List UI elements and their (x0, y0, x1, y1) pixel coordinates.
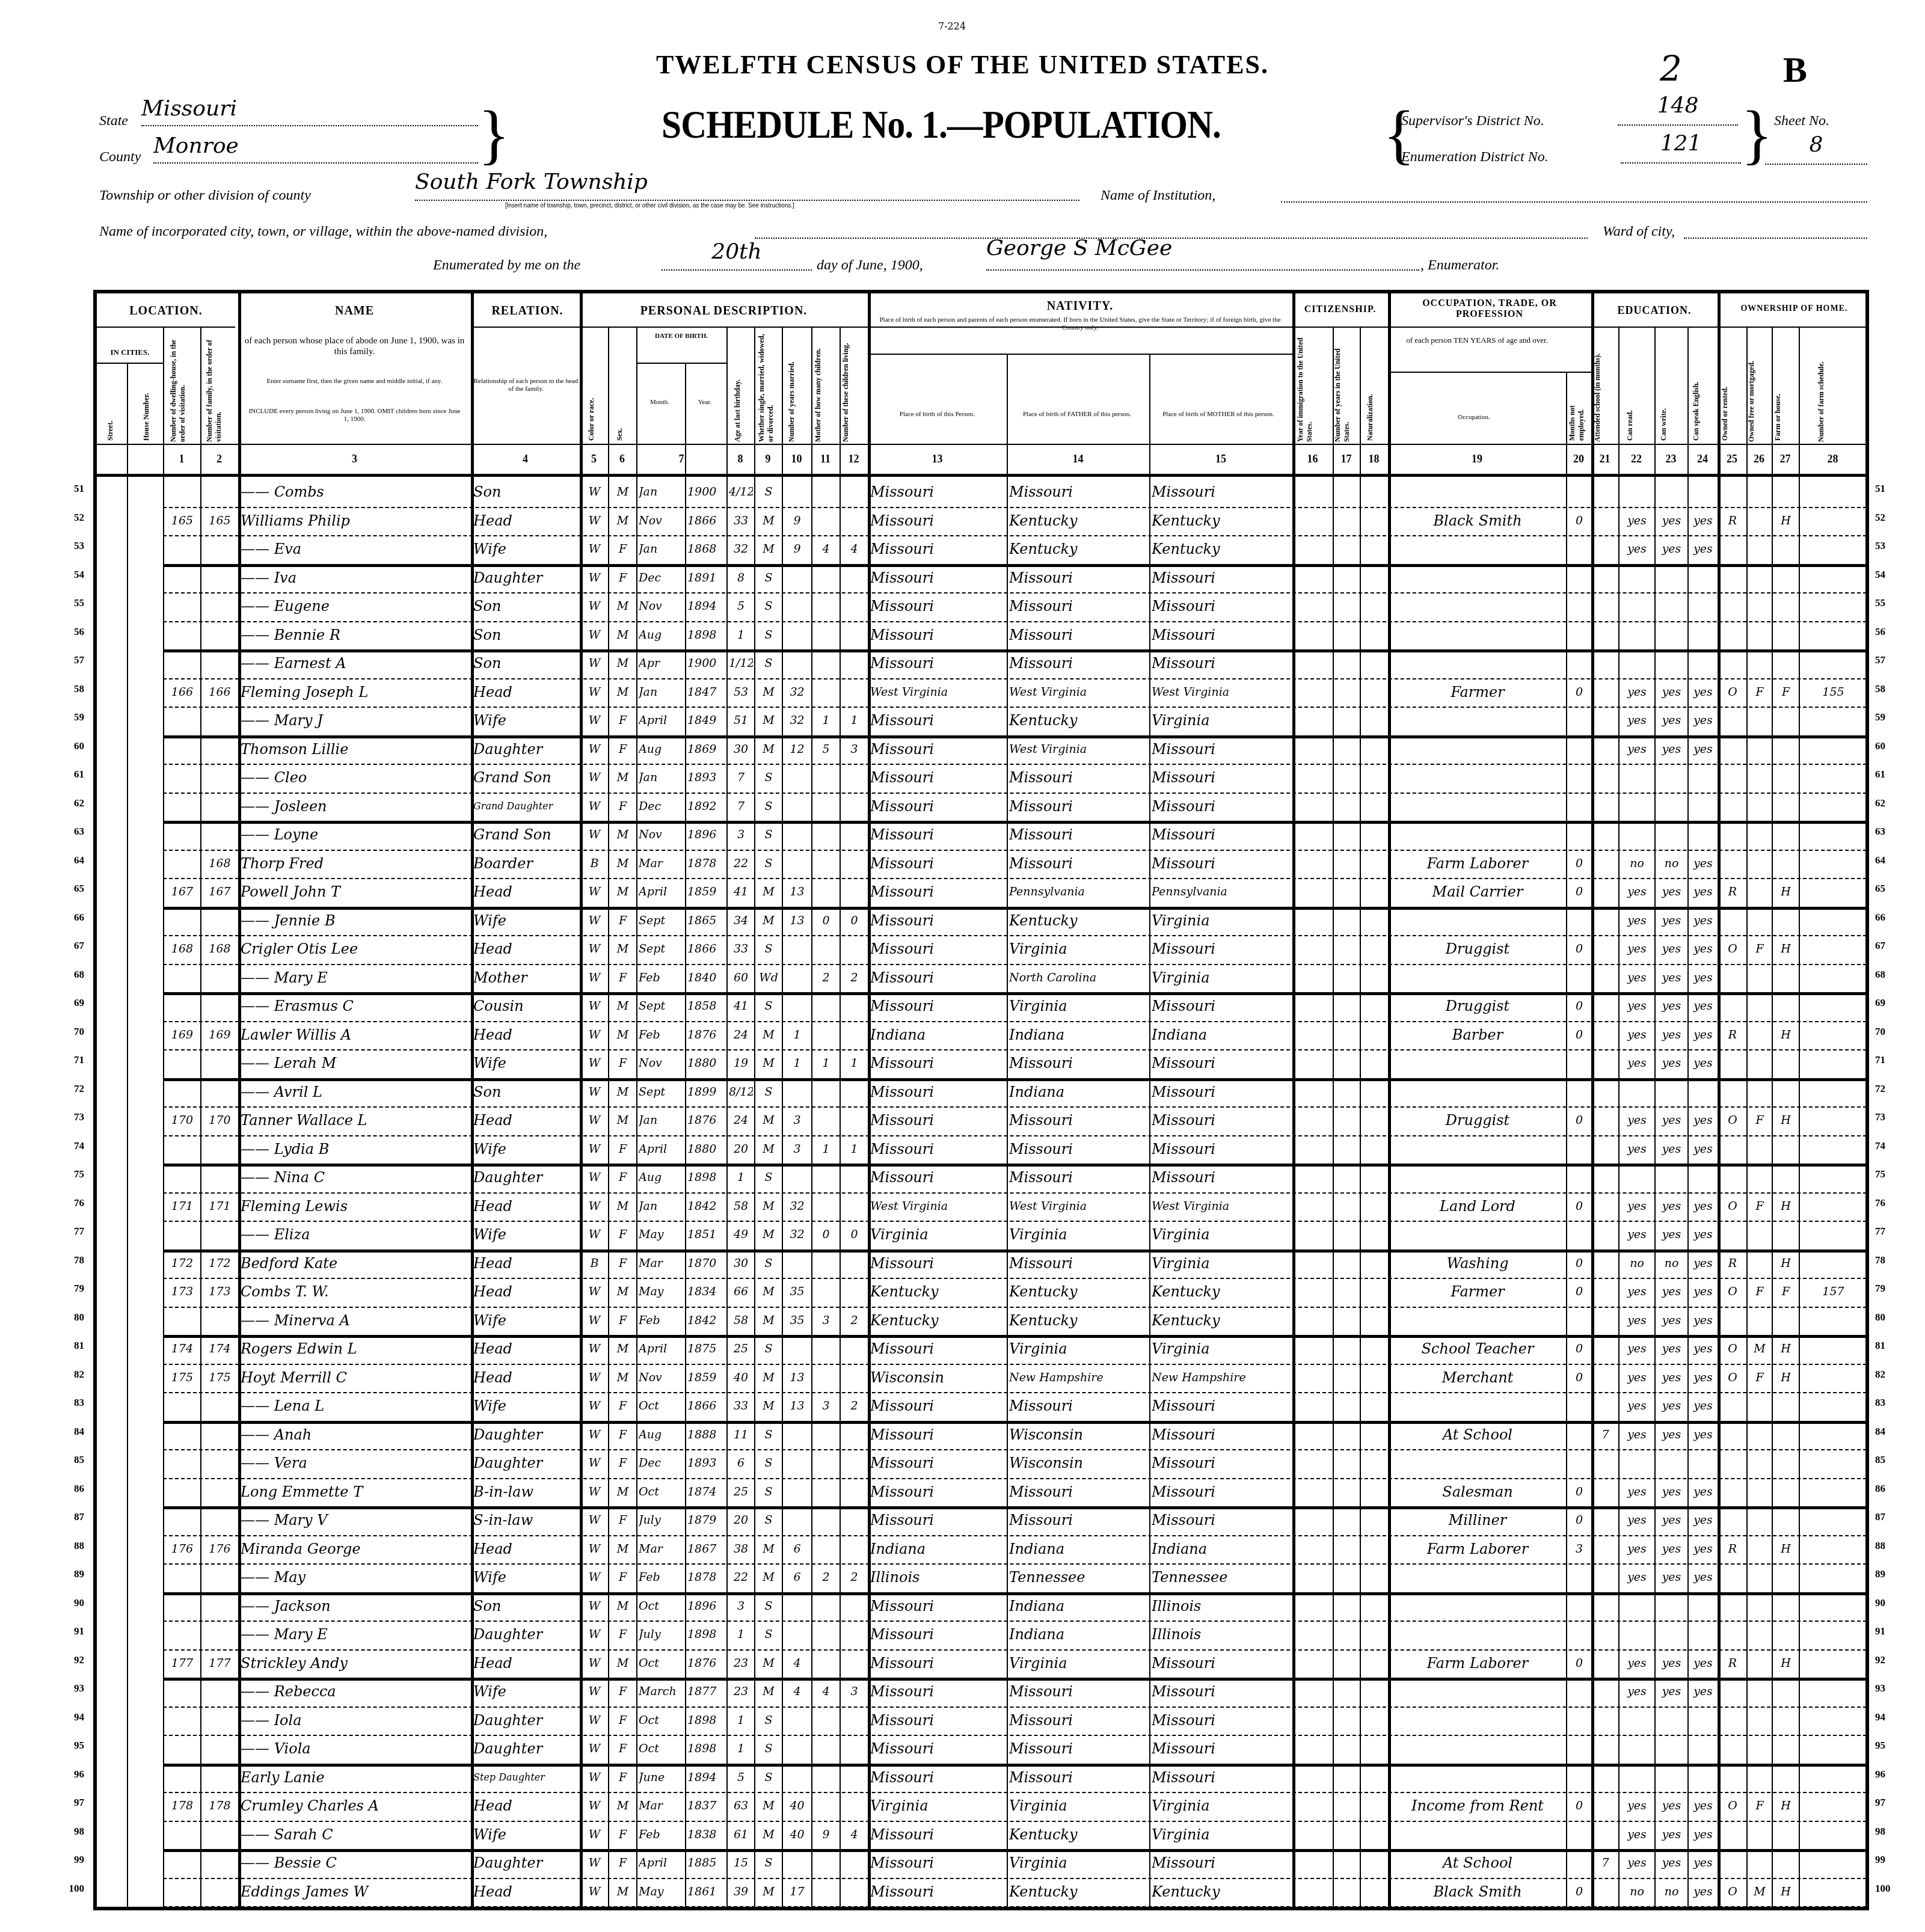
cell-occupation (1390, 907, 1565, 934)
cell-read: yes (1621, 964, 1653, 992)
cell-school (1594, 621, 1617, 649)
cell-yrs-married (784, 1164, 810, 1191)
cell-school (1594, 1792, 1617, 1820)
cell-write (1657, 1078, 1686, 1106)
line-number: 100 (1875, 1883, 1899, 1895)
cell-family: 170 (203, 1106, 237, 1134)
cell-relation: Daughter (473, 1735, 579, 1762)
cell-relation: Wife (473, 1392, 579, 1420)
table-row[interactable]: —— CombsSonWMJan19004/12SMissouriMissour… (97, 478, 1867, 507)
cell-year: 1880 (687, 1049, 725, 1077)
cell-father-birth: Kentucky (1009, 1878, 1148, 1906)
cell-school (1594, 1106, 1617, 1134)
children-living-header: Number of these children living. (841, 331, 862, 442)
cell-relation: Head (473, 507, 579, 535)
cell-english: yes (1690, 1135, 1716, 1163)
cell-school (1594, 1621, 1617, 1648)
line-number: 91 (60, 1625, 84, 1637)
cell-free (1749, 1649, 1770, 1677)
cell-mother-of: 1 (814, 1135, 838, 1163)
cell-name: Lawler Willis A (241, 1021, 470, 1049)
cell-dwelling: 176 (165, 1535, 199, 1563)
cell-relation: Son (473, 1592, 579, 1620)
cell-color: W (582, 707, 607, 734)
cell-english: yes (1690, 1049, 1716, 1077)
table-row[interactable]: —— Lerah MWifeWFNov188019M111MissouriMis… (97, 1049, 1867, 1078)
table-row[interactable]: —— Lena LWifeWFOct186633M1332MissouriMis… (97, 1392, 1867, 1421)
table-row[interactable]: —— Nina CDaughterWFAug18981SMissouriMiss… (97, 1164, 1867, 1192)
cell-father-birth: West Virginia (1009, 1192, 1148, 1220)
cell-read: yes (1621, 1563, 1653, 1591)
cell-sex: F (610, 964, 635, 992)
cell-dwelling: 166 (165, 678, 199, 706)
cell-month: Nov (639, 507, 684, 535)
line-number: 86 (1875, 1483, 1899, 1495)
enumerated-suffix: day of June, 1900, (817, 257, 923, 274)
cell-english: yes (1690, 1250, 1716, 1277)
cell-occupation (1390, 1621, 1565, 1648)
column-number: 8 (726, 453, 754, 465)
cell-family (203, 1592, 237, 1620)
table-row[interactable]: —— Mary EDaughterWFJuly18981SMissouriInd… (97, 1621, 1867, 1649)
line-number: 54 (1875, 569, 1899, 581)
line-number: 83 (60, 1397, 84, 1409)
table-row[interactable]: 178178Crumley Charles AHeadWMMar183763M4… (97, 1792, 1867, 1821)
cell-dwelling: 168 (165, 935, 199, 963)
cell-mother-birth: Illinois (1152, 1592, 1291, 1620)
column-number: 9 (754, 453, 782, 465)
cell-owned (1720, 1707, 1745, 1734)
cell-read: yes (1621, 1421, 1653, 1449)
cell-family (203, 564, 237, 592)
enumerator-name-field[interactable]: George S McGee (986, 236, 1419, 271)
table-row[interactable]: —— Bennie RSonWMAug18981SMissouriMissour… (97, 621, 1867, 650)
cell-sex: F (610, 735, 635, 763)
cell-color: W (582, 1192, 607, 1220)
cell-yrs-married: 12 (784, 735, 810, 763)
cell-age: 60 (729, 964, 753, 992)
table-row[interactable]: Thomson LillieDaughterWFAug186930M1253Mi… (97, 735, 1867, 764)
supervisor-district-field[interactable]: 148 (1618, 93, 1738, 126)
cell-write: no (1657, 1250, 1686, 1277)
column-number: 12 (840, 453, 868, 465)
cell-living (842, 1792, 867, 1820)
cell-write: yes (1657, 507, 1686, 535)
cell-sex: M (610, 1649, 635, 1677)
cell-name: Long Emmette T (241, 1478, 470, 1506)
cell-english: yes (1690, 964, 1716, 992)
table-row[interactable]: 168Thorp FredBoarderBMMar187822SMissouri… (97, 850, 1867, 879)
column-number: 11 (811, 453, 840, 465)
cell-sched (1801, 1878, 1865, 1906)
cell-free (1749, 907, 1770, 934)
cell-farm: H (1774, 878, 1798, 906)
cell-english (1690, 621, 1716, 649)
line-number: 60 (1875, 740, 1899, 752)
cell-dwelling (165, 793, 199, 820)
cell-month: Nov (639, 1364, 684, 1391)
line-number: 59 (1875, 711, 1899, 723)
cell-english (1690, 1449, 1716, 1477)
cell-sched (1801, 1678, 1865, 1705)
cell-free: F (1749, 1106, 1770, 1134)
cell-english: yes (1690, 1535, 1716, 1563)
cell-living: 1 (842, 1049, 867, 1077)
cell-sched (1801, 1707, 1865, 1734)
cell-color: W (582, 1049, 607, 1077)
table-row[interactable]: 174174Rogers Edwin LHeadWMApril187525SMi… (97, 1335, 1867, 1364)
column-number: 25 (1718, 453, 1746, 465)
table-row[interactable]: —— MayWifeWFFeb187822M622IllinoisTenness… (97, 1563, 1867, 1592)
cell-relation: Head (473, 935, 579, 963)
cell-write (1657, 1764, 1686, 1791)
table-row[interactable]: 171171Fleming LewisHeadWMJan184258M32Wes… (97, 1192, 1867, 1221)
cell-living (842, 1335, 867, 1363)
cell-father-birth: Missouri (1009, 821, 1148, 848)
institution-field[interactable] (1281, 183, 1867, 203)
cell-birth: Indiana (870, 1535, 1005, 1563)
cell-marital: M (757, 678, 781, 706)
cell-family (203, 821, 237, 848)
cell-name: Fleming Joseph L (241, 678, 470, 706)
table-row[interactable]: —— Erasmus CCousinWMSept185841SMissouriV… (97, 992, 1867, 1021)
table-row[interactable]: —— Earnest ASonWMApr19001/12SMissouriMis… (97, 649, 1867, 678)
cell-family (203, 764, 237, 791)
table-row[interactable]: —— Minerva AWifeWFFeb184258M3532Kentucky… (97, 1307, 1867, 1336)
table-row[interactable]: 173173Combs T. W.HeadWMMay183466M35Kentu… (97, 1278, 1867, 1307)
cell-yrs-married: 13 (784, 878, 810, 906)
cell-relation: Daughter (473, 1849, 579, 1877)
cell-birth: Missouri (870, 964, 1005, 992)
line-number: 74 (1875, 1140, 1899, 1152)
cell-month: Feb (639, 1307, 684, 1334)
line-number: 58 (60, 683, 84, 695)
cell-year: 1865 (687, 907, 725, 934)
cell-unemployed (1568, 1678, 1590, 1705)
cell-living (842, 1106, 867, 1134)
line-number: 67 (60, 940, 84, 952)
table-row[interactable]: —— EugeneSonWMNov18945SMissouriMissouriM… (97, 592, 1867, 621)
cell-unemployed (1568, 649, 1590, 677)
table-row[interactable]: 165165Williams PhilipHeadWMNov186633M9Mi… (97, 507, 1867, 536)
cell-occupation (1390, 621, 1565, 649)
cell-sched (1801, 1621, 1865, 1648)
cell-age: 24 (729, 1021, 753, 1049)
cell-unemployed: 0 (1568, 1478, 1590, 1506)
cell-free (1749, 564, 1770, 592)
cell-mother-of (814, 1192, 838, 1220)
cell-school (1594, 1592, 1617, 1620)
cell-age: 66 (729, 1278, 753, 1305)
cell-dwelling (165, 649, 199, 677)
table-row[interactable]: 172172Bedford KateHeadBFMar187030SMissou… (97, 1250, 1867, 1278)
street-header: Street. (106, 384, 115, 441)
cell-read: yes (1621, 1221, 1653, 1248)
cell-dwelling (165, 1849, 199, 1877)
cell-living (842, 1764, 867, 1791)
column-number: 20 (1566, 453, 1591, 465)
cell-month: Dec (639, 1449, 684, 1477)
table-row[interactable]: —— ViolaDaughterWFOct18981SMissouriMisso… (97, 1735, 1867, 1764)
cell-free (1749, 1592, 1770, 1620)
cell-relation: Wife (473, 1135, 579, 1163)
cell-mother-of (814, 992, 838, 1020)
column-number: 6 (608, 453, 636, 465)
cell-sex: M (610, 621, 635, 649)
line-number: 57 (1875, 654, 1899, 666)
cell-read (1621, 564, 1653, 592)
cell-english: yes (1690, 1563, 1716, 1591)
cell-english: yes (1690, 507, 1716, 535)
cell-farm (1774, 1478, 1798, 1506)
cell-write: yes (1657, 935, 1686, 963)
cell-year: 1878 (687, 1563, 725, 1591)
cell-marital: M (757, 1135, 781, 1163)
cell-father-birth: Missouri (1009, 621, 1148, 649)
cell-sex: F (610, 1821, 635, 1848)
cell-living (842, 1735, 867, 1762)
cell-living (842, 1506, 867, 1534)
cell-sex: M (610, 1792, 635, 1820)
cell-mother-of: 2 (814, 964, 838, 992)
cell-yrs-married (784, 1849, 810, 1877)
cell-free (1749, 507, 1770, 535)
cell-father-birth: Missouri (1009, 1392, 1148, 1420)
cell-free (1749, 592, 1770, 620)
cell-write: yes (1657, 1535, 1686, 1563)
cell-unemployed (1568, 478, 1590, 506)
cell-school (1594, 935, 1617, 963)
table-row[interactable]: 170170Tanner Wallace LHeadWMJan187624M3M… (97, 1106, 1867, 1135)
cell-relation: Daughter (473, 1164, 579, 1191)
cell-owned (1720, 1449, 1745, 1477)
cell-unemployed: 0 (1568, 1106, 1590, 1134)
cell-sched (1801, 621, 1865, 649)
township-field[interactable]: South Fork Township (415, 170, 1079, 201)
line-number: 80 (1875, 1311, 1899, 1323)
cell-unemployed: 0 (1568, 1364, 1590, 1391)
ward-field[interactable] (1684, 219, 1867, 239)
cell-mother-of (814, 793, 838, 820)
cell-dwelling: 167 (165, 878, 199, 906)
cell-month: May (639, 1221, 684, 1248)
enumeration-label: Enumeration District No. (1401, 149, 1549, 165)
cell-occupation (1390, 1563, 1565, 1591)
cell-family (203, 1707, 237, 1734)
table-row[interactable]: 176176Miranda GeorgeHeadWMMar186738M6Ind… (97, 1535, 1867, 1564)
cell-year: 1859 (687, 878, 725, 906)
table-row[interactable]: 177177Strickley AndyHeadWMOct187623M4Mis… (97, 1649, 1867, 1678)
table-row[interactable]: Long Emmette TB-in-lawWMOct187425SMissou… (97, 1478, 1867, 1507)
column-number: 16 (1292, 453, 1333, 465)
cell-mother-birth: Missouri (1152, 1478, 1291, 1506)
cell-free (1749, 821, 1770, 848)
cell-read: yes (1621, 1849, 1653, 1877)
cell-age: 7 (729, 793, 753, 820)
table-row[interactable]: —— EvaWifeWFJan186832M944MissouriKentuck… (97, 535, 1867, 564)
column-number: 28 (1799, 453, 1867, 465)
cell-father-birth: Missouri (1009, 1164, 1148, 1191)
cell-dwelling (165, 1307, 199, 1334)
cell-sex: M (610, 678, 635, 706)
cell-sched (1801, 1392, 1865, 1420)
cell-year: 1879 (687, 1506, 725, 1534)
cell-age: 22 (729, 850, 753, 877)
cell-mother-birth: Indiana (1152, 1021, 1291, 1049)
birth-person-label: Place of birth of this Person. (870, 411, 1005, 419)
column-number: 15 (1149, 453, 1292, 465)
cell-school (1594, 1307, 1617, 1334)
table-row[interactable]: —— IvaDaughterWFDec18918SMissouriMissour… (97, 564, 1867, 593)
cell-family: 165 (203, 507, 237, 535)
cell-yrs-married: 35 (784, 1278, 810, 1305)
cell-school (1594, 964, 1617, 992)
cell-occupation: Merchant (1390, 1364, 1565, 1391)
line-number: 69 (1875, 997, 1899, 1009)
cell-birth: Missouri (870, 507, 1005, 535)
cell-month: Mar (639, 1792, 684, 1820)
cell-free (1749, 992, 1770, 1020)
cell-year: 1861 (687, 1878, 725, 1906)
cell-marital: S (757, 793, 781, 820)
cell-color: W (582, 1592, 607, 1620)
cell-month: April (639, 707, 684, 734)
cell-occupation: Black Smith (1390, 507, 1565, 535)
cell-relation: Head (473, 1106, 579, 1134)
table-row[interactable]: —— VeraDaughterWFDec18936SMissouriWiscon… (97, 1449, 1867, 1478)
cell-unemployed (1568, 1764, 1590, 1791)
cell-name: —— Bennie R (241, 621, 470, 649)
form-number: 7-224 (938, 20, 966, 32)
table-row[interactable]: 166166Fleming Joseph LHeadWMJan184753M32… (97, 678, 1867, 707)
month-label: Month. (636, 399, 683, 406)
cell-read: yes (1621, 707, 1653, 734)
cell-family: 174 (203, 1335, 237, 1363)
table-row[interactable]: —— CleoGrand SonWMJan18937SMissouriMisso… (97, 764, 1867, 793)
cell-name: —— Lena L (241, 1392, 470, 1420)
table-row[interactable]: —— Mary JWifeWFApril184951M3211MissouriK… (97, 707, 1867, 735)
cell-age: 38 (729, 1535, 753, 1563)
cell-yrs-married (784, 964, 810, 992)
cell-age: 51 (729, 707, 753, 734)
table-row[interactable]: —— IolaDaughterWFOct18981SMissouriMissou… (97, 1707, 1867, 1735)
column-number: 3 (238, 453, 471, 465)
cell-unemployed (1568, 1849, 1590, 1877)
cell-occupation (1390, 649, 1565, 677)
table-row[interactable]: —— LoyneGrand SonWMNov18963SMissouriMiss… (97, 821, 1867, 850)
table-row[interactable]: —— Mary EMotherWFFeb184060Wd22MissouriNo… (97, 964, 1867, 993)
table-row[interactable]: —— JacksonSonWMOct18963SMissouriIndianaI… (97, 1592, 1867, 1621)
cell-farm (1774, 478, 1798, 506)
table-row[interactable]: 168168Crigler Otis LeeHeadWMSept186633SM… (97, 935, 1867, 964)
cell-marital: S (757, 1849, 781, 1877)
cell-father-birth: Missouri (1009, 850, 1148, 877)
cell-month: Oct (639, 1649, 684, 1677)
cell-marital: S (757, 649, 781, 677)
table-row[interactable]: —— Mary VS-in-lawWFJuly187920SMissouriMi… (97, 1506, 1867, 1535)
cell-school (1594, 535, 1617, 563)
line-number: 94 (60, 1711, 84, 1723)
table-row[interactable]: 167167Powell John THeadWMApril185941M13M… (97, 878, 1867, 907)
cell-age: 41 (729, 878, 753, 906)
cell-year: 1896 (687, 1592, 725, 1620)
cell-color: W (582, 564, 607, 592)
cell-month: Sept (639, 907, 684, 934)
table-row[interactable]: —— RebeccaWifeWFMarch187723M443MissouriM… (97, 1678, 1867, 1707)
cell-birth: Missouri (870, 764, 1005, 791)
cell-age: 5 (729, 592, 753, 620)
cell-unemployed (1568, 1307, 1590, 1334)
table-row[interactable]: Early LanieStep DaughterWFJune18945SMiss… (97, 1764, 1867, 1792)
cell-living: 2 (842, 964, 867, 992)
cell-name: —— Lerah M (241, 1049, 470, 1077)
cell-family: 175 (203, 1364, 237, 1391)
cell-yrs-married (784, 764, 810, 791)
cell-mother-of (814, 478, 838, 506)
cell-farm: F (1774, 678, 1798, 706)
table-row[interactable]: —— AnahDaughterWFAug188811SMissouriWisco… (97, 1421, 1867, 1450)
line-number: 81 (1875, 1340, 1899, 1352)
cell-father-birth: Virginia (1009, 1792, 1148, 1820)
cell-farm (1774, 1506, 1798, 1534)
cell-owned: R (1720, 1021, 1745, 1049)
table-row[interactable]: 175175Hoyt Merrill CHeadWMNov185940M13Wi… (97, 1364, 1867, 1393)
cell-relation: Daughter (473, 1707, 579, 1734)
table-row[interactable]: —— Sarah CWifeWFFeb183861M4094MissouriKe… (97, 1821, 1867, 1850)
cell-english: yes (1690, 1221, 1716, 1248)
cell-unemployed: 0 (1568, 850, 1590, 877)
state-field[interactable]: Missouri (141, 96, 478, 126)
line-number: 69 (60, 997, 84, 1009)
table-row[interactable]: —— Lydia BWifeWFApril188020M311MissouriM… (97, 1135, 1867, 1164)
enumeration-district-field[interactable]: 121 (1621, 131, 1741, 164)
table-row[interactable]: —— Bessie CDaughterWFApril188515SMissour… (97, 1849, 1867, 1878)
cell-year: 1878 (687, 850, 725, 877)
cell-marital: M (757, 1106, 781, 1134)
table-row[interactable]: Eddings James WHeadWMMay186139M17Missour… (97, 1878, 1867, 1907)
cell-english (1690, 1621, 1716, 1648)
table-row[interactable]: —— JosleenGrand DaughterWFDec18927SMisso… (97, 793, 1867, 821)
table-row[interactable]: —— Jennie BWifeWFSept186534M1300Missouri… (97, 907, 1867, 936)
cell-mother-birth: Missouri (1152, 735, 1291, 763)
cell-birth: Missouri (870, 1849, 1005, 1877)
sheet-number-field[interactable]: 8 (1765, 132, 1867, 165)
cell-free (1749, 1621, 1770, 1648)
cell-age: 40 (729, 1364, 753, 1391)
cell-name: Rogers Edwin L (241, 1335, 470, 1363)
cell-farm (1774, 1135, 1798, 1163)
enumeration-day-field[interactable]: 20th (662, 239, 812, 271)
table-row[interactable]: 169169Lawler Willis AHeadWMFeb187624M1In… (97, 1021, 1867, 1050)
line-number: 100 (60, 1883, 84, 1895)
cell-family: 167 (203, 878, 237, 906)
table-row[interactable]: —— Avril LSonWMSept18998/12SMissouriIndi… (97, 1078, 1867, 1107)
table-row[interactable]: —— ElizaWifeWFMay185149M3200VirginiaVirg… (97, 1221, 1867, 1250)
cell-english: yes (1690, 1192, 1716, 1220)
line-number: 91 (1875, 1625, 1899, 1637)
column-number: 2 (200, 453, 238, 465)
cell-marital: S (757, 1478, 781, 1506)
cell-sched: 157 (1801, 1278, 1865, 1305)
cell-occupation: Black Smith (1390, 1878, 1565, 1906)
cell-school (1594, 1049, 1617, 1077)
cell-mother-of (814, 1735, 838, 1762)
county-field[interactable]: Monroe (153, 133, 478, 164)
years-us-header: Number of years in the United States. (1333, 331, 1357, 442)
cell-marital: S (757, 478, 781, 506)
cell-owned (1720, 992, 1745, 1020)
cell-occupation: Land Lord (1390, 1192, 1565, 1220)
